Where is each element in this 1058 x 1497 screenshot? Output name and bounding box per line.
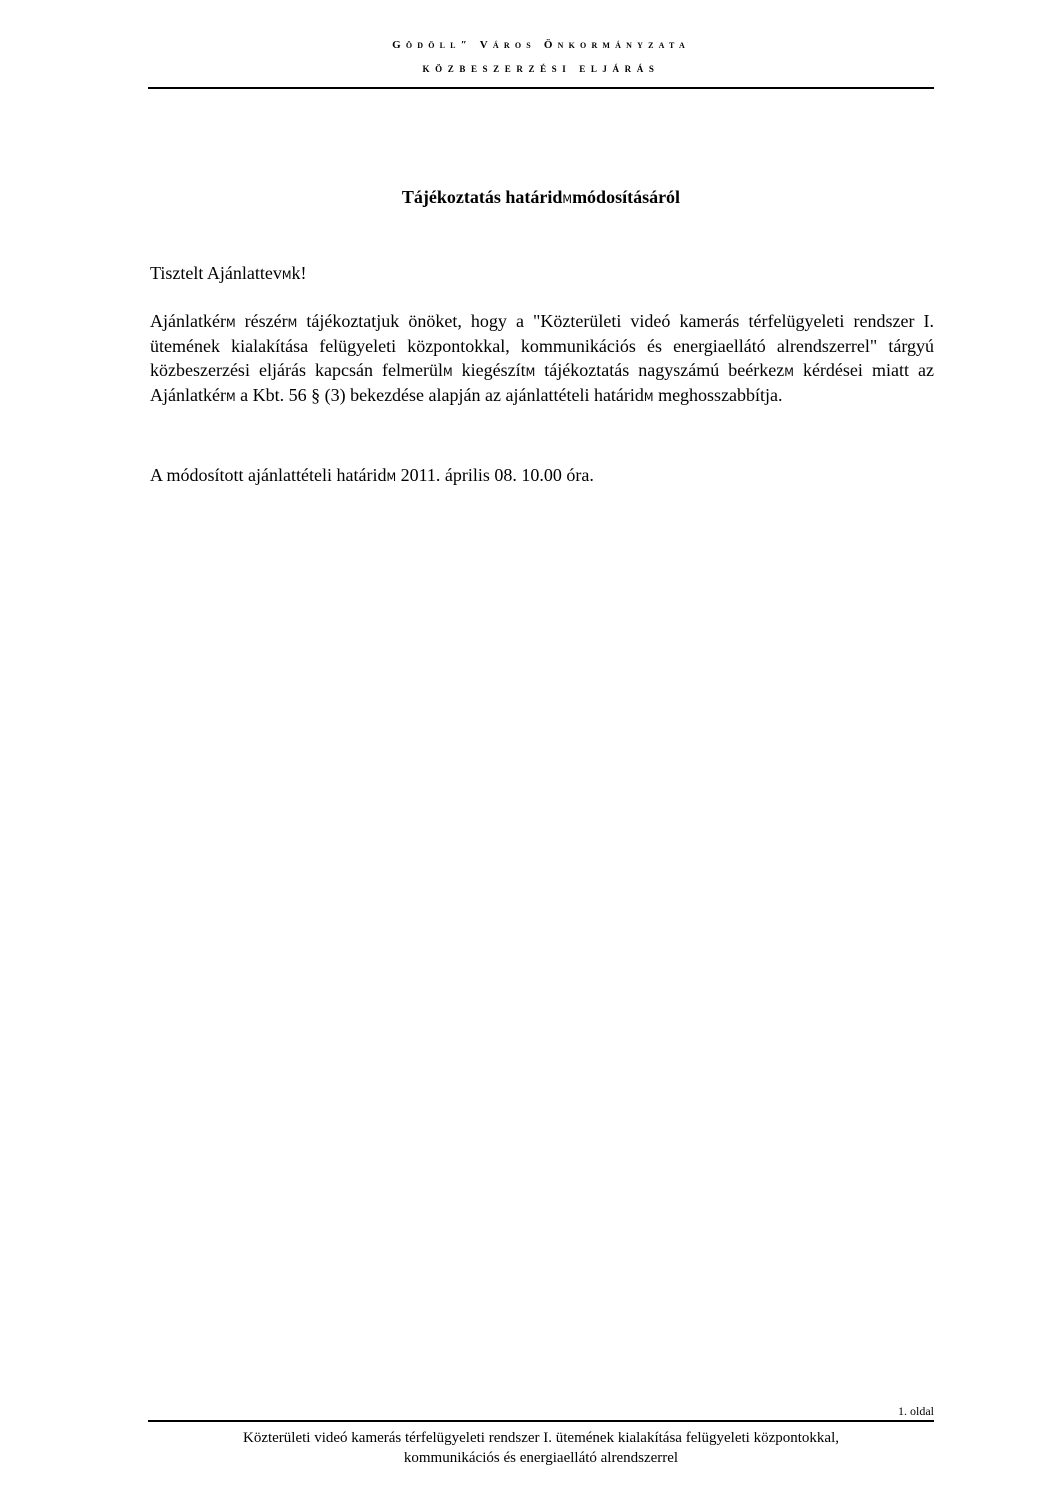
body-text-segment: részér — [236, 311, 288, 331]
deadline-statement: A módosított ajánlattételi határidM 2011… — [150, 464, 594, 489]
broken-glyph: M — [443, 366, 453, 379]
page-header: Gödöll″ Város Önkormányzata közbeszerzés… — [148, 36, 934, 76]
document-title: Tájékoztatás határidMmódosításáról — [148, 186, 934, 211]
broken-glyph: M — [226, 391, 236, 404]
deadline-text-1: A módosított ajánlattételi határid — [150, 465, 386, 485]
salutation: Tisztelt AjánlattevMk! — [150, 262, 306, 287]
body-text-segment: tájékoztatás nagyszámú beérkez — [535, 360, 784, 380]
body-text-segment: kiegészít — [453, 360, 526, 380]
page-footer: Közterületi videó kamerás térfelügyeleti… — [148, 1428, 934, 1468]
title-broken-glyph: M — [562, 193, 572, 206]
broken-glyph: M — [288, 317, 298, 330]
salutation-text-1: Tisztelt Ajánlattev — [150, 263, 282, 283]
footer-divider — [148, 1420, 934, 1422]
title-text-1: Tájékoztatás határid — [402, 187, 563, 207]
document-page: Gödöll″ Város Önkormányzata közbeszerzés… — [0, 0, 1058, 1497]
page-number: 1. oldal — [898, 1404, 934, 1418]
body-text-segment: meghosszabbítja. — [654, 385, 783, 405]
deadline-broken-glyph: M — [386, 471, 396, 484]
broken-glyph: M — [226, 317, 236, 330]
broken-glyph: M — [644, 391, 654, 404]
salutation-text-2: k! — [291, 263, 306, 283]
header-procedure: közbeszerzési eljárás — [148, 62, 934, 76]
body-text-segment: a Kbt. 56 § (3) bekezdése alapján az ajá… — [236, 385, 644, 405]
body-text-segment: Ajánlatkér — [150, 311, 226, 331]
footer-line-1: Közterületi videó kamerás térfelügyeleti… — [148, 1428, 934, 1448]
broken-glyph: M — [526, 366, 536, 379]
header-organization: Gödöll″ Város Önkormányzata — [148, 36, 934, 54]
header-divider — [148, 87, 934, 89]
broken-glyph: M — [784, 366, 794, 379]
deadline-text-2: 2011. április 08. 10.00 óra. — [396, 465, 594, 485]
body-paragraph: AjánlatkérM részérM tájékoztatjuk önöket… — [150, 310, 934, 410]
title-text-2: módosításáról — [572, 187, 680, 207]
footer-line-2: kommunikációs és energiaellátó alrendsze… — [148, 1448, 934, 1468]
